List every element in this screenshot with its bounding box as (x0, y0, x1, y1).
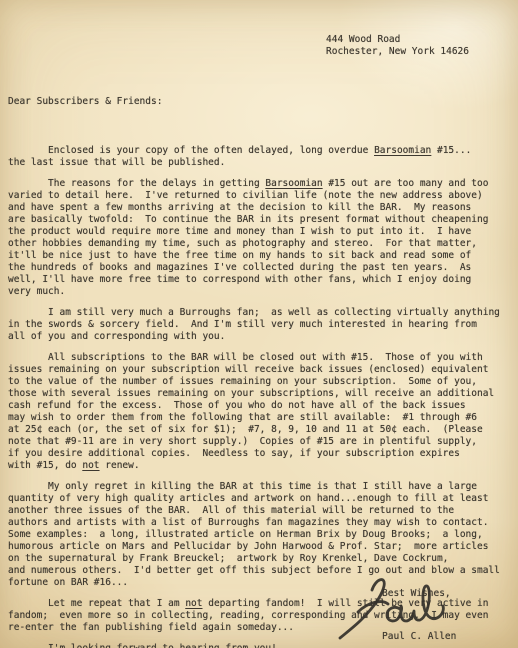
letter-paragraph: I'm looking forward to hearing from you! (8, 643, 512, 648)
text-run: I am still very much a Burroughs fan; as… (8, 307, 500, 342)
text-run: renew. (100, 460, 140, 471)
letter-paragraph: My only regret in killing the BAR at thi… (8, 481, 512, 589)
text-run: Enclosed is your copy of the often delay… (8, 145, 374, 156)
letter-page: 444 Wood RoadRochester, New York 14626 D… (0, 0, 518, 648)
letter-paragraph: I am still very much a Burroughs fan; as… (8, 307, 512, 343)
text-run: I'm looking forward to hearing from you! (8, 643, 277, 648)
signature-stroke (387, 586, 443, 621)
address-line: 444 Wood Road (326, 34, 512, 46)
underlined-text: Barsoomian (265, 178, 322, 189)
sender-address: 444 Wood RoadRochester, New York 14626 (326, 34, 512, 58)
letter-paragraph: All subscriptions to the BAR will be clo… (8, 352, 512, 472)
text-run: The reasons for the delays in getting (8, 178, 265, 189)
underlined-text: Barsoomian (374, 145, 431, 156)
text-run: All subscriptions to the BAR will be clo… (8, 352, 494, 471)
salutation: Dear Subscribers & Friends: (8, 96, 512, 108)
text-run: Let me repeat that I am (8, 598, 185, 609)
address-line: Rochester, New York 14626 (326, 46, 512, 58)
typed-signature-name: Paul C. Allen (382, 631, 456, 643)
text-run: #15 out are too many and too varied to d… (8, 178, 488, 297)
underlined-text: not (82, 460, 99, 471)
letter-content: 444 Wood RoadRochester, New York 14626 D… (0, 0, 518, 648)
text-run: My only regret in killing the BAR at thi… (8, 481, 500, 588)
underlined-text: not (185, 598, 202, 609)
letter-paragraph: The reasons for the delays in getting Ba… (8, 178, 512, 298)
letter-paragraph: Enclosed is your copy of the often delay… (8, 145, 512, 169)
letter-body: Enclosed is your copy of the often delay… (8, 145, 512, 648)
